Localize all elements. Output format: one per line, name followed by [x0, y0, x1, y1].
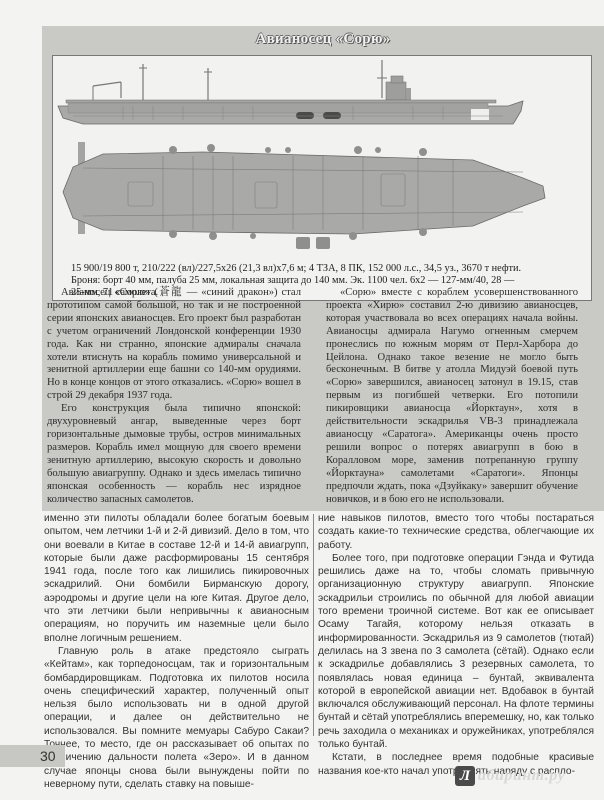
paragraph: Его конструкция была типично японской: д… — [47, 403, 301, 506]
panel-text-left-column: Авианосец «Сорю» (蒼龍 — «синий дракон») с… — [47, 287, 301, 506]
paragraph: ние навыков пилотов, вместо того чтобы п… — [318, 512, 594, 552]
paragraph: Авианосец «Сорю» (蒼龍 — «синий дракон») с… — [47, 287, 301, 403]
body-text-left-column: именно эти пилоты обладали более богатым… — [44, 512, 309, 791]
watermark-text: абиринт.ру — [478, 767, 565, 785]
ship-side-profile-illustration — [53, 56, 591, 141]
labirint-logo-icon: Л — [455, 766, 475, 786]
watermark: Л абиринт.ру — [455, 766, 565, 786]
ship-drawing-box: 15 900/19 800 т, 210/222 (вл)/227,5х26 (… — [52, 55, 592, 301]
panel-title: Авианосец «Сорю» — [42, 31, 604, 48]
column-divider — [313, 514, 314, 736]
specs-line: 15 900/19 800 т, 210/222 (вл)/227,5х26 (… — [71, 263, 591, 275]
page-number: 30 — [40, 748, 56, 764]
paragraph: «Сорю» вместе с кораблем усовершенствова… — [326, 287, 578, 506]
paragraph: Более того, при подготовке операции Гэнд… — [318, 552, 594, 751]
body-text-right-column: ние навыков пилотов, вместо того чтобы п… — [318, 512, 594, 778]
specs-line: Броня: борт 40 мм, палуба 25 мм, локальн… — [71, 275, 591, 287]
paragraph: именно эти пилоты обладали более богатым… — [44, 512, 309, 645]
ship-top-view-illustration — [53, 142, 591, 270]
paragraph: Главную роль в атаке предстояло сыграть … — [44, 645, 309, 791]
panel-text-right-column: «Сорю» вместе с кораблем усовершенствова… — [326, 287, 578, 506]
